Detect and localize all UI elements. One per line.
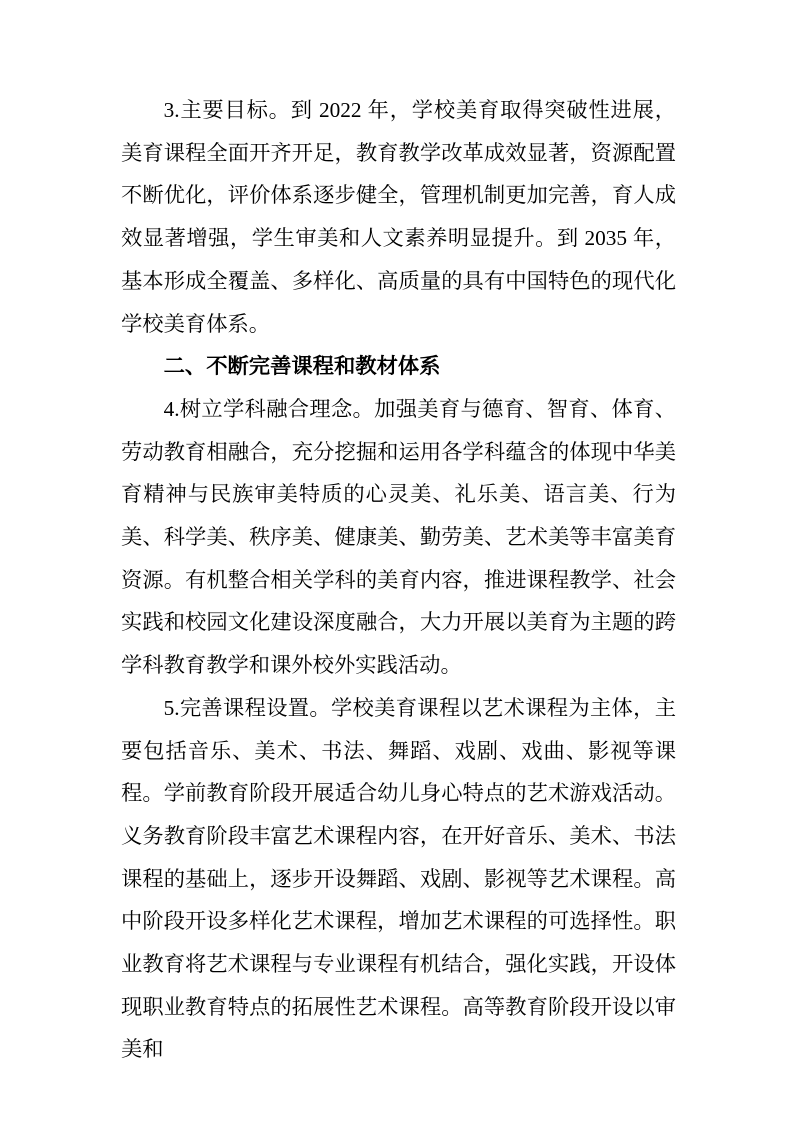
paragraph-curriculum-setup: 5.完善课程设置。学校美育课程以艺术课程为主体，主要包括音乐、美术、书法、舞蹈、… — [121, 687, 676, 1071]
paragraph-main-goals: 3.主要目标。到 2022 年，学校美育取得突破性进展，美育课程全面开齐开足，教… — [121, 89, 676, 345]
paragraph-discipline-integration: 4.树立学科融合理念。加强美育与德育、智育、体育、劳动教育相融合，充分挖掘和运用… — [121, 388, 676, 687]
section-heading-curriculum-system: 二、不断完善课程和教材体系 — [121, 345, 676, 388]
document-page: 3.主要目标。到 2022 年，学校美育取得突破性进展，美育课程全面开齐开足，教… — [0, 0, 793, 1122]
